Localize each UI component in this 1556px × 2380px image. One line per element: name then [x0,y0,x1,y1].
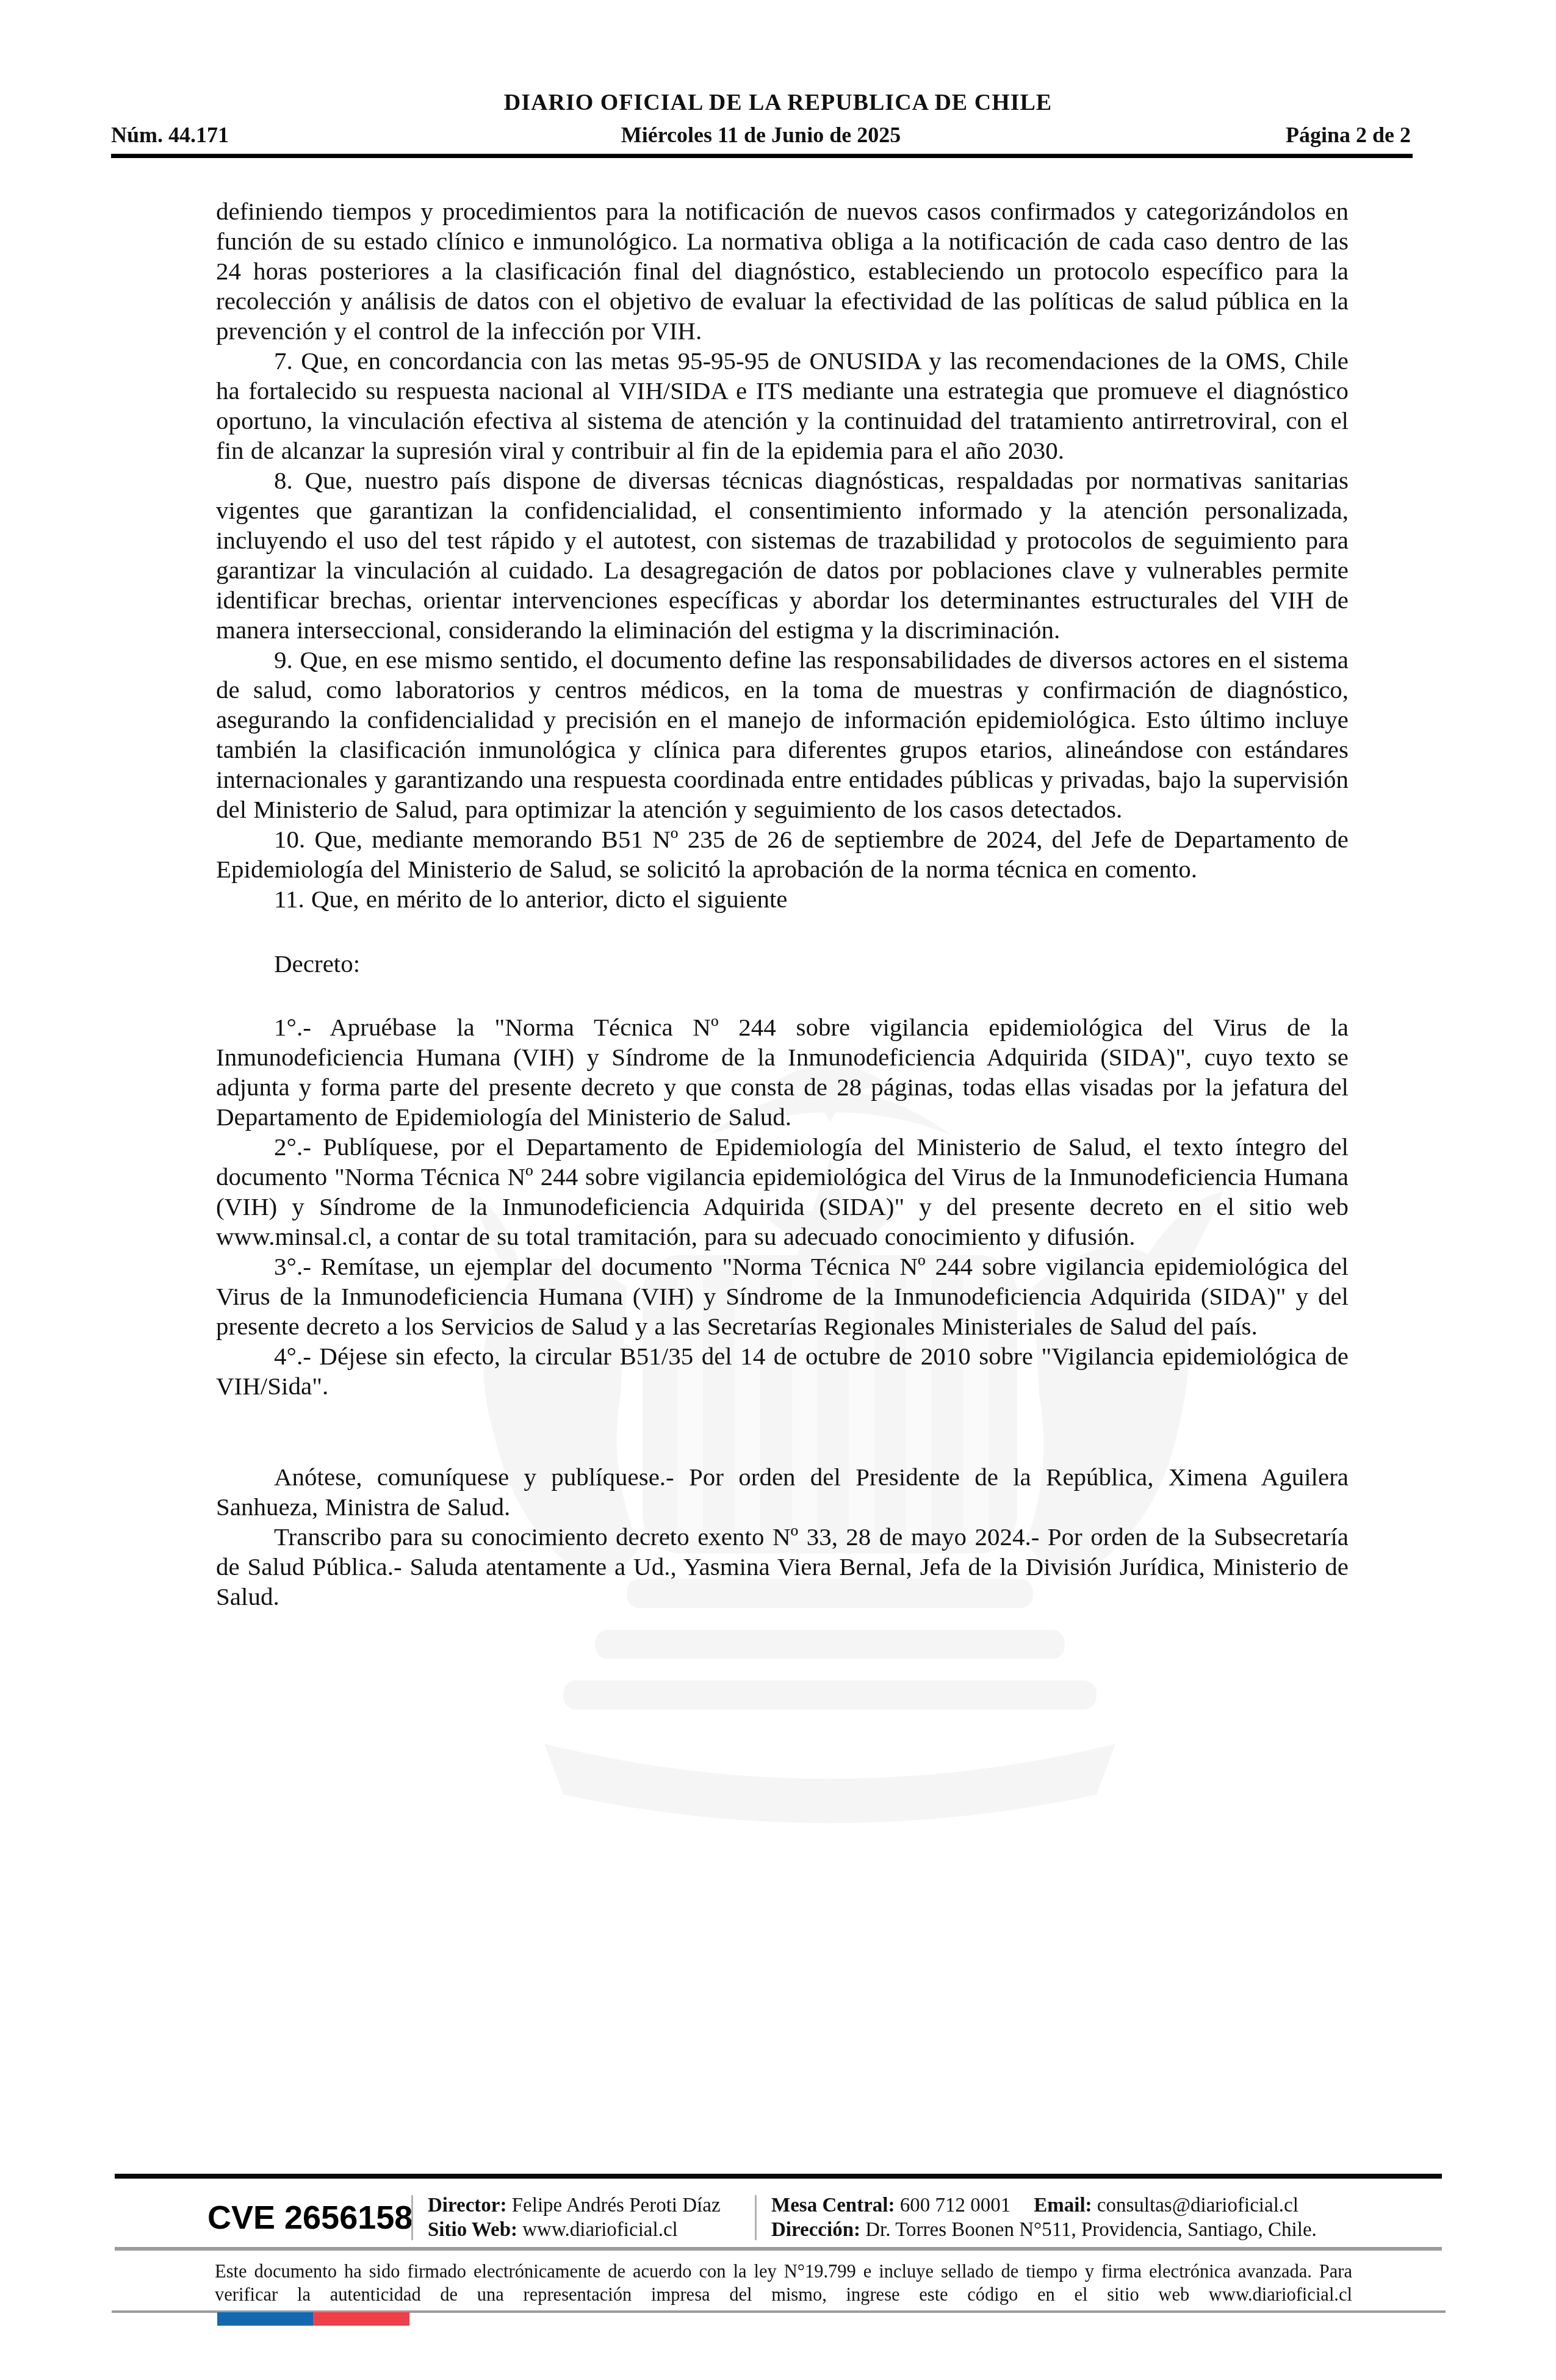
paragraph-8: 8. Que, nuestro país dispone de diversas… [216,466,1349,645]
director-label: Director: [428,2194,506,2216]
decree-article-1: 1°.- Apruébase la "Norma Técnica Nº 244 … [216,1012,1349,1132]
document-body: definiendo tiempos y procedimientos para… [216,197,1349,1612]
decree-heading: Decreto: [216,949,1349,979]
phone-label: Mesa Central: [771,2194,895,2216]
email-label: Email: [1034,2194,1092,2216]
decree-article-4: 4°.- Déjese sin efecto, la circular B51/… [216,1341,1349,1401]
address-label: Dirección: [771,2219,860,2241]
chile-flag-mark [217,2312,409,2326]
flag-red-bar [313,2312,409,2326]
paragraph-11: 11. Que, en mérito de lo anterior, dicto… [216,884,1349,914]
footer-info-bar: CVE 2656158 Director: Felipe Andrés Pero… [115,2187,1442,2248]
page-indicator: Página 2 de 2 [1286,122,1411,148]
legal-notice: Este documento ha sido firmado electróni… [215,2260,1352,2306]
cve-code: CVE 2656158 [207,2199,411,2237]
address-value: Dr. Torres Boonen N°511, Providencia, Sa… [865,2219,1317,2241]
footer-gray-rule [115,2247,1442,2251]
decree-article-3: 3°.- Remítase, un ejemplar del documento… [216,1252,1349,1341]
transcription-note: Transcribo para su conocimiento decreto … [216,1522,1349,1612]
footer-divider [411,2195,413,2240]
director-line: Director: Felipe Andrés Peroti Díaz [428,2193,755,2218]
director-name: Felipe Andrés Peroti Díaz [512,2194,721,2216]
flag-blue-bar [217,2312,313,2326]
footer-divider [755,2195,757,2240]
email-address: consultas@diarioficial.cl [1097,2194,1298,2216]
footer-contact-column: Mesa Central: 600 712 0001Email: consult… [771,2193,1442,2242]
masthead-title: DIARIO OFICIAL DE LA REPUBLICA DE CHILE [0,89,1556,116]
address-line: Dirección: Dr. Torres Boonen N°511, Prov… [771,2218,1442,2242]
decree-article-2: 2°.- Publíquese, por el Departamento de … [216,1132,1349,1252]
paragraph-9: 9. Que, en ese mismo sentido, el documen… [216,645,1349,824]
header-rule [111,154,1413,158]
website-line: Sitio Web: www.diarioficial.cl [428,2218,755,2242]
paragraph-10: 10. Que, mediante memorando B51 Nº 235 d… [216,824,1349,884]
closing-order: Anótese, comuníquese y publíquese.- Por … [216,1462,1349,1522]
phone-email-line: Mesa Central: 600 712 0001Email: consult… [771,2193,1442,2218]
gazette-page: DIARIO OFICIAL DE LA REPUBLICA DE CHILE … [0,0,1556,2380]
website-url: www.diarioficial.cl [522,2219,677,2241]
paragraph-continuation: definiendo tiempos y procedimientos para… [216,197,1349,346]
phone-number: 600 712 0001 [900,2194,1011,2216]
paragraph-7: 7. Que, en concordancia con las metas 95… [216,346,1349,466]
footer-director-column: Director: Felipe Andrés Peroti Díaz Siti… [428,2193,755,2242]
footer-top-rule [115,2174,1442,2179]
header-row: Núm. 44.171 Miércoles 11 de Junio de 202… [111,122,1411,150]
issue-date: Miércoles 11 de Junio de 2025 [111,122,1411,148]
website-label: Sitio Web: [428,2219,517,2241]
